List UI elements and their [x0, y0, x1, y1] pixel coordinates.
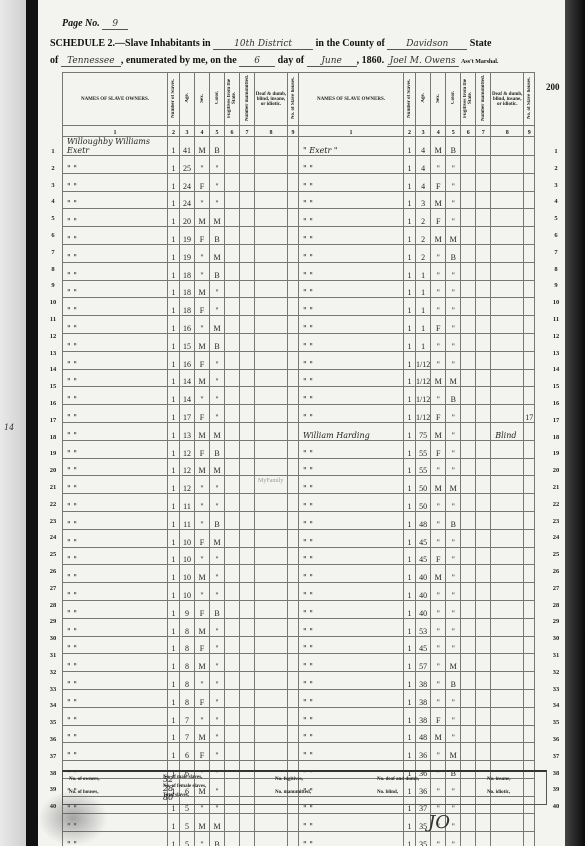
manumitted-cell — [476, 636, 491, 654]
number-cell: 1 — [168, 369, 180, 387]
houses-cell — [524, 262, 535, 280]
col-num: 9 — [524, 126, 535, 137]
number-cell: 1 — [404, 547, 416, 565]
number-cell: 1 — [168, 743, 180, 761]
color-cell: M — [446, 743, 461, 761]
owner-cell: " " — [63, 440, 168, 458]
age-cell: 1/12 — [416, 351, 431, 369]
owner-cell: " " — [63, 227, 168, 245]
age-cell: 45 — [416, 529, 431, 547]
age-cell: 1 — [416, 298, 431, 316]
deaf-cell — [491, 209, 524, 227]
owner-cell: " " — [299, 725, 404, 743]
line-number: 30 — [46, 635, 60, 642]
age-cell: 1/12 — [416, 405, 431, 423]
fugitive-cell — [461, 422, 476, 440]
deaf-cell: Blind — [491, 422, 524, 440]
sex-cell: F — [195, 529, 210, 547]
deaf-cell — [255, 422, 288, 440]
sex-cell: " — [431, 280, 446, 298]
fugitive-cell — [461, 832, 476, 846]
owner-cell: " " — [299, 262, 404, 280]
fugitive-cell — [225, 173, 240, 191]
age-cell: 55 — [416, 440, 431, 458]
manumitted-cell — [240, 832, 255, 846]
line-number: 33 — [549, 686, 563, 693]
fugitive-cell — [225, 137, 240, 156]
manumitted-cell — [476, 156, 491, 174]
fugitive-cell — [461, 173, 476, 191]
col-manumitted: Number manumitted. — [245, 75, 250, 121]
sex-cell: M — [195, 209, 210, 227]
table-row: " "18""" "138"B — [63, 672, 535, 690]
houses-cell — [288, 137, 299, 156]
color-cell: M — [210, 244, 225, 262]
fugitive-cell — [225, 244, 240, 262]
deaf-cell — [255, 405, 288, 423]
number-cell: 1 — [168, 351, 180, 369]
color-cell: B — [210, 333, 225, 351]
age-cell: 8 — [180, 672, 195, 690]
houses-cell — [288, 672, 299, 690]
owner-cell: " " — [63, 262, 168, 280]
owner-cell: " " — [63, 672, 168, 690]
number-cell: 1 — [168, 725, 180, 743]
fugitive-cell — [461, 191, 476, 209]
owner-cell: " " — [63, 351, 168, 369]
line-number: 11 — [549, 316, 563, 323]
fugitive-cell — [225, 672, 240, 690]
line-number: 9 — [549, 282, 563, 289]
fugitive-cell — [225, 743, 240, 761]
fugitive-cell — [225, 209, 240, 227]
manumitted-cell — [476, 387, 491, 405]
table-row: " "113MMWilliam Harding175M"Blind — [63, 422, 535, 440]
color-cell: " — [210, 654, 225, 672]
line-number: 27 — [549, 585, 563, 592]
number-cell: 1 — [168, 707, 180, 725]
color-cell: B — [210, 600, 225, 618]
line-number: 7 — [46, 249, 60, 256]
fugitive-cell — [225, 422, 240, 440]
owner-cell: " " — [63, 618, 168, 636]
col-num: 1 — [63, 126, 168, 137]
owner-cell: " " — [299, 333, 404, 351]
line-number: 8 — [549, 266, 563, 273]
line-number: 32 — [46, 669, 60, 676]
number-cell: 1 — [404, 405, 416, 423]
age-cell: 38 — [416, 707, 431, 725]
table-row: " "115MB" "11"" — [63, 333, 535, 351]
table-row: " "116F"" "11/12"" — [63, 351, 535, 369]
age-cell: 7 — [180, 725, 195, 743]
owner-cell: " " — [299, 369, 404, 387]
manumitted-cell — [240, 565, 255, 583]
schedule-title-line: SCHEDULE 2.—Slave Inhabitants in 10th Di… — [50, 38, 491, 50]
sex-cell: F — [195, 227, 210, 245]
houses-cell — [524, 298, 535, 316]
age-cell: 2 — [416, 209, 431, 227]
manumitted-cell — [240, 814, 255, 832]
sex-cell: F — [431, 316, 446, 334]
number-cell: 1 — [168, 137, 180, 156]
fugitive-cell — [225, 316, 240, 334]
total-slaves-value: 80 — [163, 793, 173, 802]
line-number: 14 — [46, 366, 60, 373]
deaf-cell — [491, 298, 524, 316]
number-cell: 1 — [404, 725, 416, 743]
number-cell: 1 — [404, 137, 416, 156]
deaf-cell — [491, 636, 524, 654]
color-cell: " — [446, 583, 461, 601]
deaf-cell — [491, 672, 524, 690]
houses-cell — [288, 422, 299, 440]
owner-cell: " " — [299, 654, 404, 672]
fugitive-cell — [461, 387, 476, 405]
line-number: 33 — [46, 686, 60, 693]
owner-cell: " " — [63, 209, 168, 227]
deaf-cell — [491, 191, 524, 209]
fugitive-cell — [225, 565, 240, 583]
deaf-cell — [255, 743, 288, 761]
initials-mark: JO — [428, 812, 450, 833]
manumitted-label: No. manumitted, — [275, 790, 311, 795]
number-cell: 1 — [168, 280, 180, 298]
age-cell: 40 — [416, 583, 431, 601]
owner-cell: " " — [299, 743, 404, 761]
houses-cell — [288, 244, 299, 262]
age-cell: 17 — [180, 405, 195, 423]
line-number: 6 — [549, 232, 563, 239]
col-num: 4 — [195, 126, 210, 137]
line-number: 35 — [46, 719, 60, 726]
sex-cell: " — [195, 244, 210, 262]
deaf-cell — [255, 583, 288, 601]
owner-cell: " " — [63, 280, 168, 298]
page-number: 9 — [102, 19, 128, 30]
color-cell: B — [210, 440, 225, 458]
fugitive-cell — [461, 156, 476, 174]
houses-cell — [524, 743, 535, 761]
color-cell: " — [210, 689, 225, 707]
number-cell: 1 — [168, 814, 180, 832]
owner-cell: " " — [299, 316, 404, 334]
fugitive-cell — [225, 440, 240, 458]
line-number: 25 — [46, 551, 60, 558]
fugitive-cell — [225, 262, 240, 280]
fugitive-cell — [225, 156, 240, 174]
manumitted-cell — [476, 209, 491, 227]
owner-cell: " " — [63, 636, 168, 654]
manumitted-cell — [240, 227, 255, 245]
table-row: " "112MM" "155"" — [63, 458, 535, 476]
owner-cell: " " — [299, 173, 404, 191]
line-number: 18 — [46, 434, 60, 441]
age-cell: 24 — [180, 173, 195, 191]
owner-cell: " " — [299, 583, 404, 601]
number-cell: 1 — [404, 351, 416, 369]
number-cell: 1 — [404, 387, 416, 405]
deaf-cell — [255, 636, 288, 654]
smudge — [38, 790, 108, 846]
sex-cell: M — [431, 422, 446, 440]
col-color: Color. — [215, 91, 220, 104]
fugitive-cell — [461, 618, 476, 636]
manumitted-cell — [476, 351, 491, 369]
color-cell: " — [446, 636, 461, 654]
col-age: Age. — [185, 93, 190, 103]
fugitive-cell — [225, 227, 240, 245]
age-cell: 48 — [416, 511, 431, 529]
age-cell: 4 — [416, 173, 431, 191]
fugitive-cell — [461, 600, 476, 618]
line-number: 40 — [549, 803, 563, 810]
owner-cell: " " — [299, 458, 404, 476]
owner-cell: " " — [299, 672, 404, 690]
number-cell: 1 — [404, 636, 416, 654]
color-cell: " — [210, 405, 225, 423]
line-number: 10 — [46, 299, 60, 306]
owner-cell: " Exetr " — [299, 137, 404, 156]
manumitted-cell — [476, 654, 491, 672]
col-num: 2 — [404, 126, 416, 137]
sex-cell: M — [195, 725, 210, 743]
manumitted-cell — [240, 280, 255, 298]
deaf-cell — [255, 369, 288, 387]
sex-cell: M — [431, 191, 446, 209]
fugitive-cell — [461, 636, 476, 654]
line-number: 26 — [549, 568, 563, 575]
deaf-cell — [491, 814, 524, 832]
table-row: " "112""" "150MM — [63, 476, 535, 494]
houses-cell — [288, 689, 299, 707]
deaf-cell — [255, 280, 288, 298]
owner-cell: " " — [63, 743, 168, 761]
houses-cell — [288, 832, 299, 846]
manumitted-cell — [240, 654, 255, 672]
sex-cell: M — [431, 369, 446, 387]
color-cell: M — [210, 458, 225, 476]
houses-cell — [288, 333, 299, 351]
fugitive-cell — [225, 494, 240, 512]
number-cell: 1 — [404, 476, 416, 494]
deaf-cell — [255, 494, 288, 512]
number-cell: 1 — [404, 814, 416, 832]
manumitted-cell — [240, 743, 255, 761]
number-cell: 1 — [168, 298, 180, 316]
manumitted-cell — [476, 298, 491, 316]
fugitive-cell — [225, 814, 240, 832]
number-cell: 1 — [404, 458, 416, 476]
age-cell: 1/12 — [416, 387, 431, 405]
manumitted-cell — [476, 832, 491, 846]
color-cell: M — [446, 654, 461, 672]
houses-cell — [524, 600, 535, 618]
age-cell: 12 — [180, 440, 195, 458]
line-number: 37 — [549, 753, 563, 760]
age-cell: 13 — [180, 422, 195, 440]
line-number: 28 — [46, 602, 60, 609]
sex-cell: " — [431, 244, 446, 262]
houses-cell — [524, 636, 535, 654]
deaf-cell — [255, 654, 288, 672]
houses-cell — [524, 458, 535, 476]
col-num: 6 — [225, 126, 240, 137]
county-field: Davidson — [387, 39, 467, 50]
color-cell: " — [446, 262, 461, 280]
color-cell: M — [446, 369, 461, 387]
fugitive-cell — [461, 565, 476, 583]
number-cell: 1 — [404, 654, 416, 672]
summary-footer: No. of owners, No. of houses, No. of mal… — [62, 770, 547, 805]
col-num: 4 — [431, 126, 446, 137]
age-cell: 50 — [416, 494, 431, 512]
fugitive-cell — [225, 529, 240, 547]
fugitive-cell — [225, 351, 240, 369]
color-cell: " — [446, 529, 461, 547]
table-row: " "15"B" "135"" — [63, 832, 535, 846]
sex-cell: " — [431, 156, 446, 174]
houses-cell — [288, 405, 299, 423]
sex-cell: F — [431, 405, 446, 423]
fugitive-cell — [461, 262, 476, 280]
manumitted-cell — [240, 618, 255, 636]
deaf-cell — [491, 333, 524, 351]
margin-note: 14 — [4, 423, 14, 432]
color-cell: " — [210, 476, 225, 494]
number-cell: 1 — [404, 191, 416, 209]
houses-cell — [524, 583, 535, 601]
houses-cell — [288, 280, 299, 298]
houses-cell — [524, 689, 535, 707]
color-cell: M — [210, 422, 225, 440]
col-num: 7 — [240, 126, 255, 137]
owners-label: No. of owners, — [69, 777, 100, 782]
number-cell: 1 — [404, 227, 416, 245]
table-row: " "118M"" "11"" — [63, 280, 535, 298]
line-number: 22 — [549, 501, 563, 508]
color-cell: B — [446, 672, 461, 690]
houses-cell — [288, 458, 299, 476]
manumitted-cell — [476, 511, 491, 529]
age-cell: 25 — [180, 156, 195, 174]
sex-cell: " — [195, 494, 210, 512]
sex-cell: M — [431, 725, 446, 743]
age-cell: 36 — [416, 743, 431, 761]
age-cell: 18 — [180, 280, 195, 298]
sex-cell: " — [431, 689, 446, 707]
line-number: 11 — [46, 316, 60, 323]
sex-cell: M — [195, 369, 210, 387]
deaf-cell — [255, 298, 288, 316]
age-cell: 8 — [180, 636, 195, 654]
manumitted-cell — [476, 262, 491, 280]
owner-cell: " " — [299, 405, 404, 423]
fugitive-cell — [225, 707, 240, 725]
sex-cell: " — [431, 600, 446, 618]
line-number: 13 — [46, 350, 60, 357]
table-row: " "117F"" "11/12F"17 — [63, 405, 535, 423]
sex-cell: M — [195, 333, 210, 351]
deaf-cell — [255, 173, 288, 191]
census-rows: Willoughby Williams Exetr141MB" Exetr "1… — [63, 137, 535, 846]
fugitive-cell — [461, 494, 476, 512]
houses-cell — [524, 137, 535, 156]
age-cell: 16 — [180, 351, 195, 369]
manumitted-cell — [476, 405, 491, 423]
sex-cell: " — [195, 316, 210, 334]
houses-cell — [524, 654, 535, 672]
deaf-cell — [255, 137, 288, 156]
color-cell: " — [210, 547, 225, 565]
houses-cell — [288, 529, 299, 547]
houses-cell — [524, 156, 535, 174]
owner-cell: " " — [299, 156, 404, 174]
owner-cell: " " — [299, 227, 404, 245]
color-cell: " — [210, 743, 225, 761]
line-number: 36 — [46, 736, 60, 743]
line-number: 19 — [549, 450, 563, 457]
color-cell: " — [210, 707, 225, 725]
table-row: " "18M"" "157"M — [63, 654, 535, 672]
owner-cell: " " — [63, 173, 168, 191]
insane-label: No. insane, — [487, 777, 510, 782]
column-header-row: NAMES OF SLAVE OWNERS. Number of Slaves.… — [63, 73, 535, 126]
number-cell: 1 — [168, 654, 180, 672]
owner-cell: " " — [299, 547, 404, 565]
deaf-cell — [491, 173, 524, 191]
houses-cell — [524, 422, 535, 440]
houses-cell — [288, 636, 299, 654]
line-number: 18 — [549, 434, 563, 441]
number-cell: 1 — [168, 156, 180, 174]
line-number: 17 — [549, 417, 563, 424]
color-cell: " — [446, 316, 461, 334]
color-cell: " — [446, 173, 461, 191]
fugitive-cell — [225, 476, 240, 494]
manumitted-cell — [240, 137, 255, 156]
number-cell: 1 — [404, 511, 416, 529]
sex-cell: M — [195, 654, 210, 672]
houses-cell — [288, 725, 299, 743]
fugitive-cell — [461, 227, 476, 245]
line-number: 12 — [549, 333, 563, 340]
manumitted-cell — [240, 244, 255, 262]
fugitive-cell — [461, 707, 476, 725]
col-num: 8 — [491, 126, 524, 137]
houses-cell — [288, 707, 299, 725]
owner-cell: " " — [63, 333, 168, 351]
houses-cell — [524, 316, 535, 334]
owner-cell: " " — [299, 351, 404, 369]
owner-cell: " " — [299, 209, 404, 227]
color-cell: " — [446, 547, 461, 565]
col-names-right: NAMES OF SLAVE OWNERS. — [299, 73, 404, 126]
manumitted-cell — [240, 173, 255, 191]
male-slaves-value: 52 — [163, 775, 173, 784]
owner-cell: " " — [63, 298, 168, 316]
color-cell: " — [210, 280, 225, 298]
fugitive-cell — [461, 547, 476, 565]
fugitive-cell — [461, 298, 476, 316]
deaf-label: No. deaf and dumb, — [377, 777, 419, 782]
deaf-cell — [255, 565, 288, 583]
deaf-cell — [255, 316, 288, 334]
age-cell: 57 — [416, 654, 431, 672]
manumitted-cell — [240, 583, 255, 601]
owner-cell: " " — [63, 244, 168, 262]
number-cell: 1 — [404, 298, 416, 316]
